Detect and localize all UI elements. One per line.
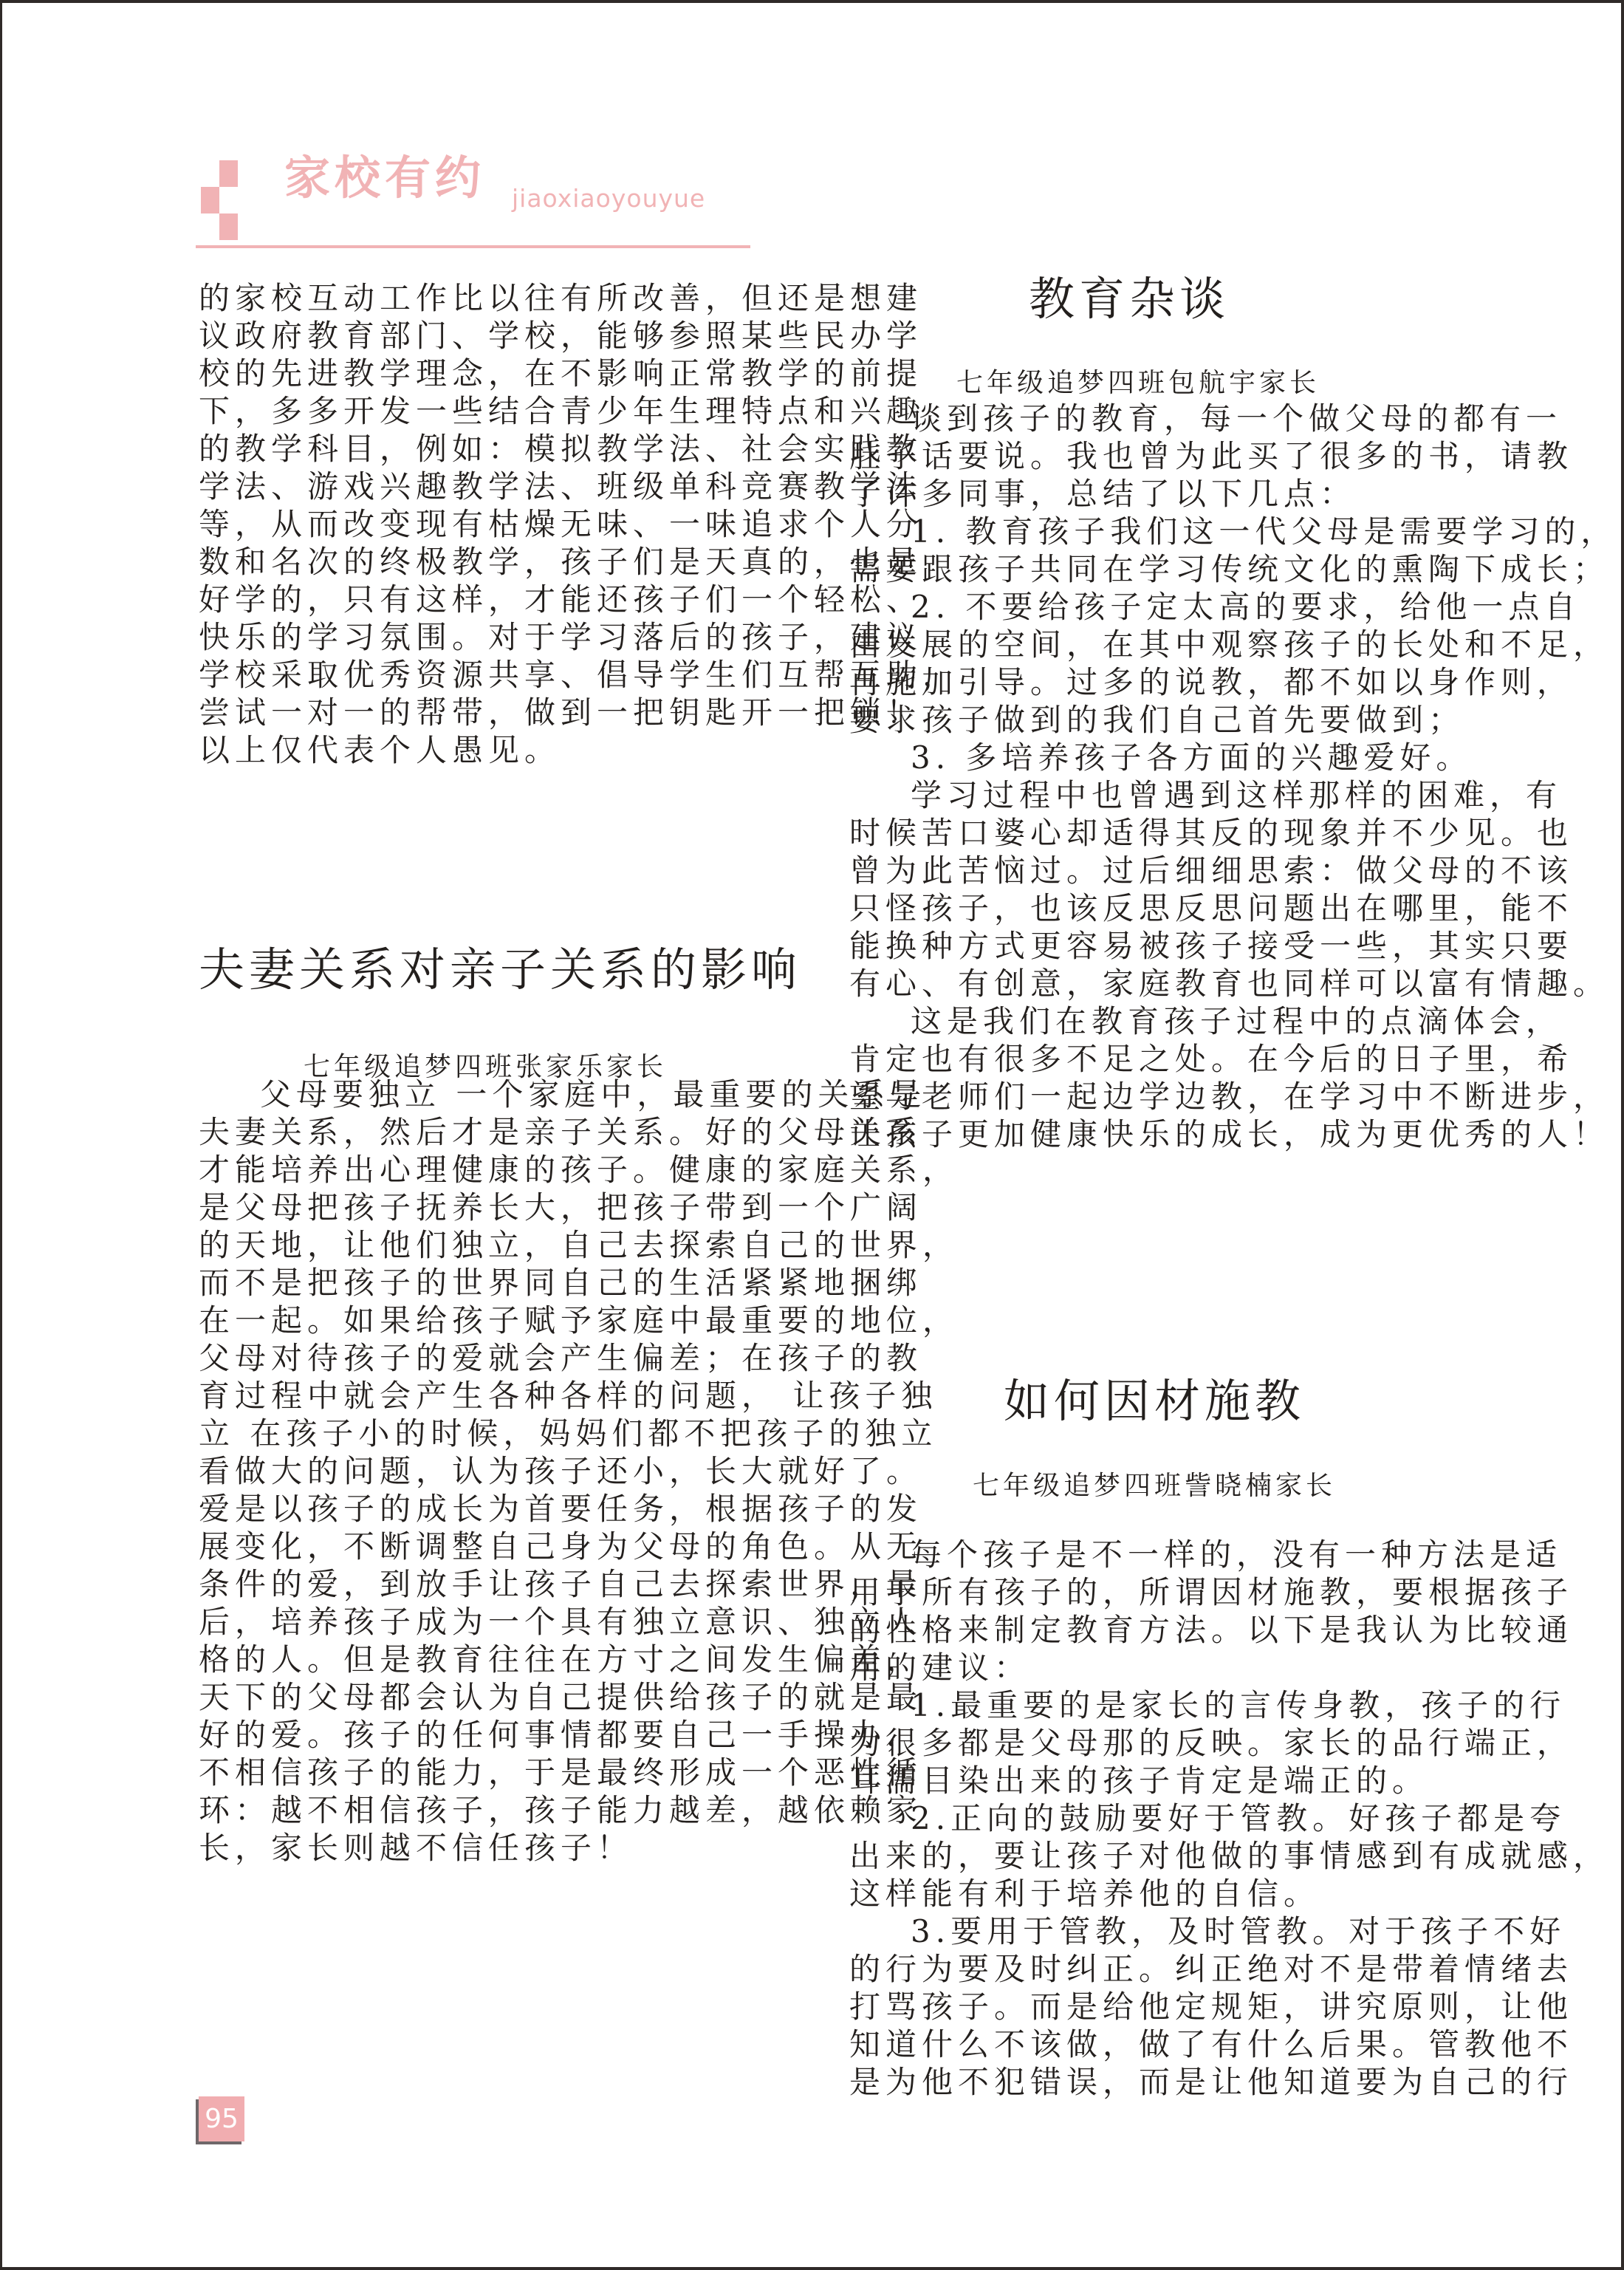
text-line: 条件的爱，到放手让孩子自己去探索世界，最 [199,1565,782,1603]
text-line: 学法、游戏兴趣教学法、班级单科竞赛教学法 [199,468,782,505]
article-author: 七年级追梦四班訾晓楠家长 [973,1473,1336,1500]
text-line: 的天地，让他们独立，自己去探索自己的世界， [199,1226,782,1264]
text-line: 学习过程中也曾遇到这样那样的困难，有 [849,776,1436,814]
text-line: 3.要用于管教，及时管教。对于孩子不好 [849,1912,1436,1950]
header-divider [196,245,750,248]
section-pinyin: jiaoxiaoyouyue [512,186,705,211]
text-line: 望与老师们一起边学边教，在学习中不断进步， [849,1078,1436,1115]
text-line: 谈到孩子的教育，每一个做父母的都有一 [849,400,1436,437]
text-line: 需要跟孩子共同在学习传统文化的熏陶下成长； [849,550,1436,588]
text-line: 时候苦口婆心却适得其反的现象并不少见。也 [849,814,1436,852]
section-title: 家校有约 [284,155,485,201]
article-author: 七年级追梦四班包航宇家长 [956,370,1320,397]
article-body: 每个孩子是不一样的，没有一种方法是适用于所有孩子的，所谓因材施教，要根据孩子的性… [849,1536,1436,2101]
text-line: 看做大的问题，认为孩子还小，长大就好了。 [199,1452,782,1490]
text-line: 天下的父母都会认为自己提供给孩子的就是最 [199,1678,782,1716]
section-logo-icon [201,160,238,240]
text-line: 知道什么不该做，做了有什么后果。管教他不 [849,2025,1436,2063]
text-line: 夫妻关系，然后才是亲子关系。好的父母关系 [199,1113,782,1151]
text-line: 是为他不犯错误，而是让他知道要为自己的行 [849,2063,1436,2101]
text-line: 1. 教育孩子我们这一代父母是需要学习的， [849,513,1436,550]
text-line: 数和名次的终极教学，孩子们是天真的，也是 [199,543,782,581]
text-line: 这样能有利于培养他的自信。 [849,1875,1436,1912]
text-line: 而不是把孩子的世界同自己的生活紧紧地捆绑 [199,1264,782,1302]
text-line: 爱是以孩子的成长为首要任务，根据孩子的发 [199,1490,782,1528]
text-line: 议政府教育部门、学校，能够参照某些民办学 [199,317,782,355]
text-line: 2.正向的鼓励要好于管教。好孩子都是夸 [849,1799,1436,1837]
text-line: 1.最重要的是家长的言传身教，孩子的行 [849,1686,1436,1724]
text-line: 能换种方式更容易被孩子接受一些，其实只要 [849,927,1436,965]
text-line: 的性格来制定教育方法。以下是我认为比较通 [849,1611,1436,1649]
text-line: 立 在孩子小的时候，妈妈们都不把孩子的独立 [199,1415,782,1452]
text-line: 耳濡目染出来的孩子肯定是端正的。 [849,1762,1436,1799]
text-line: 再施加引导。过多的说教，都不如以身作则， [849,663,1436,701]
text-line: 由发展的空间，在其中观察孩子的长处和不足， [849,626,1436,663]
text-line: 等，从而改变现有枯燥无味、一味追求个人分 [199,505,782,543]
text-line: 下，多多开发一些结合青少年生理特点和兴趣 [199,392,782,430]
article-title: 夫妻关系对亲子关系的影响 [199,947,801,993]
article-body: 父母要独立 一个家庭中，最重要的关系是夫妻关系，然后才是亲子关系。好的父母关系才… [199,1076,782,1867]
article-title: 如何因材施教 [1004,1378,1305,1424]
text-line: 好学的，只有这样，才能还孩子们一个轻松、 [199,581,782,618]
text-line: 育过程中就会产生各种各样的问题， 让孩子独 [199,1377,782,1415]
text-line: 3. 多培养孩子各方面的兴趣爱好。 [849,739,1436,776]
text-line: 的教学科目，例如：模拟教学法、社会实践教 [199,430,782,468]
article-body: 谈到孩子的教育，每一个做父母的都有一肚子话要说。我也曾为此买了很多的书，请教了许… [849,400,1436,1153]
magazine-page: 家校有约 jiaoxiaoyouyue 的家校互动工作比以往有所改善，但还是想建… [0,0,1624,2270]
text-line: 校的先进教学理念，在不影响正常教学的前提 [199,355,782,392]
text-line: 以上仅代表个人愚见。 [199,731,782,769]
text-line: 为很多都是父母那的反映。家长的品行端正， [849,1724,1436,1762]
text-line: 的行为要及时纠正。纠正绝对不是带着情绪去 [849,1950,1436,1988]
text-line: 的家校互动工作比以往有所改善，但还是想建 [199,279,782,317]
text-line: 学校采取优秀资源共享、倡导学生们互帮互助， [199,656,782,694]
text-line: 是父母把孩子抚养长大，把孩子带到一个广阔 [199,1189,782,1226]
text-line: 用于所有孩子的，所谓因材施教，要根据孩子 [849,1573,1436,1611]
page-number: 95 [199,2096,244,2141]
text-line: 父母对待孩子的爱就会产生偏差；在孩子的教 [199,1339,782,1377]
text-line: 这是我们在教育孩子过程中的点滴体会， [849,1002,1436,1040]
text-line: 尝试一对一的帮带，做到一把钥匙开一把锁！ [199,694,782,731]
text-line: 展变化，不断调整自己身为父母的角色。从无 [199,1528,782,1565]
continued-article-body: 的家校互动工作比以往有所改善，但还是想建议政府教育部门、学校，能够参照某些民办学… [199,279,782,769]
text-line: 曾为此苦恼过。过后细细思索：做父母的不该 [849,852,1436,889]
text-line: 出来的，要让孩子对他做的事情感到有成就感， [849,1837,1436,1875]
text-line: 肚子话要说。我也曾为此买了很多的书，请教 [849,437,1436,475]
text-line: 长，家长则越不信任孩子！ [199,1829,782,1867]
text-line: 后，培养孩子成为一个具有独立意识、独立人 [199,1603,782,1641]
article-title: 教育杂谈 [1029,276,1230,322]
text-line: 环：越不相信孩子，孩子能力越差，越依赖家 [199,1791,782,1829]
text-line: 在一起。如果给孩子赋予家庭中最重要的地位， [199,1302,782,1339]
text-line: 2. 不要给孩子定太高的要求，给他一点自 [849,588,1436,626]
text-line: 不相信孩子的能力，于是最终形成一个恶性循 [199,1754,782,1791]
text-line: 要求孩子做到的我们自己首先要做到； [849,701,1436,739]
text-line: 每个孩子是不一样的，没有一种方法是适 [849,1536,1436,1573]
text-line: 父母要独立 一个家庭中，最重要的关系是 [199,1076,782,1113]
text-line: 让孩子更加健康快乐的成长，成为更优秀的人！ [849,1115,1436,1153]
text-line: 肯定也有很多不足之处。在今后的日子里，希 [849,1040,1436,1078]
text-line: 有心、有创意，家庭教育也同样可以富有情趣。 [849,965,1436,1002]
text-line: 好的爱。孩子的任何事情都要自己一手操办， [199,1716,782,1754]
text-line: 了许多同事，总结了以下几点： [849,475,1436,513]
text-line: 快乐的学习氛围。对于学习落后的孩子，建议 [199,618,782,656]
text-line: 用的建议： [849,1649,1436,1686]
text-line: 只怪孩子，也该反思反思问题出在哪里，能不 [849,889,1436,927]
text-line: 才能培养出心理健康的孩子。健康的家庭关系， [199,1151,782,1189]
text-line: 打骂孩子。而是给他定规矩，讲究原则，让他 [849,1988,1436,2025]
text-line: 格的人。但是教育往往在方寸之间发生偏差， [199,1641,782,1678]
